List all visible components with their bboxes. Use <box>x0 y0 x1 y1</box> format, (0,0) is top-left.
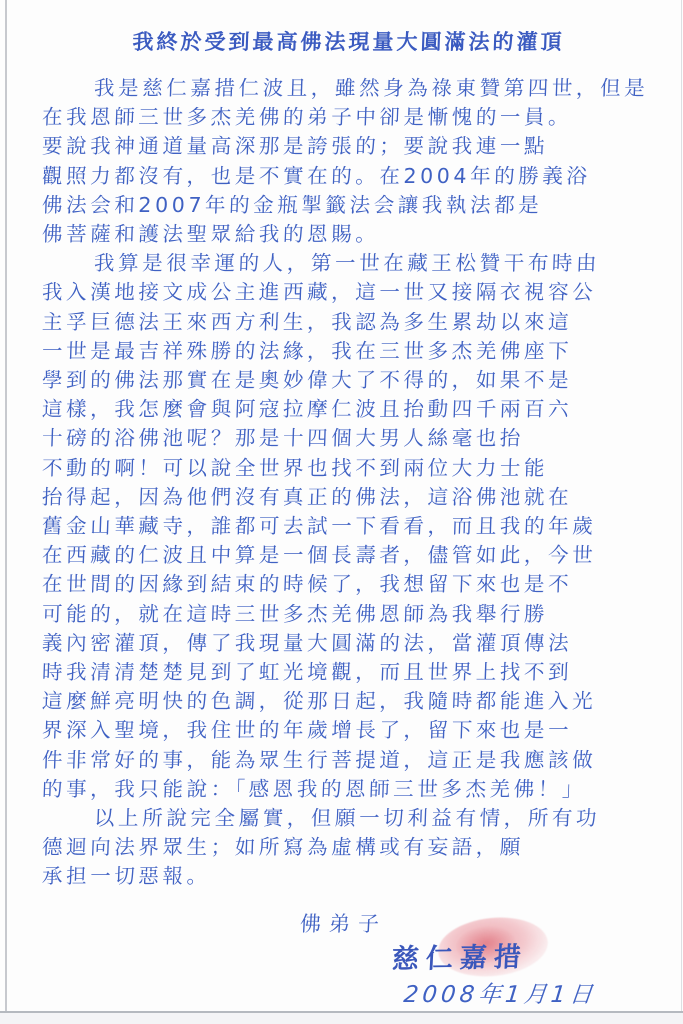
body-line-2: 在我恩師三世多杰羌佛的弟子中卻是慚愧的一員。 <box>41 103 655 132</box>
red-fingerprint-seal <box>435 912 550 981</box>
letter-content: 我終於受到最高佛法現量大圓滿法的灌頂 我是慈仁嘉措仁波且，雖然身為祿東贊第四世，… <box>0 0 683 892</box>
body-line-8: 我入漢地接文成公主進西藏，這一世又接隔衣視容公 <box>41 278 655 307</box>
body-line-18: 在世間的因緣到結束的時候了，我想留下來也是不 <box>41 570 655 599</box>
scanned-letter-page: 我終於受到最高佛法現量大圓滿法的灌頂 我是慈仁嘉措仁波且，雖然身為祿東贊第四世，… <box>0 0 683 1024</box>
body-line-7: 我算是很幸運的人，第一世在藏王松贊干布時由 <box>41 249 655 278</box>
body-line-9: 主孚巨德法王來西方利生，我認為多生累劫以來這 <box>41 308 655 337</box>
body-line-28: 承担一切惡報。 <box>41 862 655 891</box>
body-line-6: 佛菩薩和護法聖眾給我的恩賜。 <box>41 220 655 249</box>
body-line-26: 以上所說完全屬實，但願一切利益有情，所有功 <box>41 804 655 833</box>
body-line-1: 我是慈仁嘉措仁波且，雖然身為祿東贊第四世，但是 <box>41 74 655 103</box>
body-line-16: 舊金山華藏寺，誰都可去試一下看看，而且我的年歲 <box>41 512 655 541</box>
body-line-20: 義內密灌頂，傳了我現量大圓滿的法，當灌頂傳法 <box>41 629 655 658</box>
body-line-15: 抬得起，因為他們沒有真正的佛法，這浴佛池就在 <box>41 483 655 512</box>
disciple-label: 佛弟子 <box>299 908 388 938</box>
body-line-10: 一世是最吉祥殊勝的法緣，我在三世多杰羌佛座下 <box>41 337 655 366</box>
body-line-3: 要說我神通道量高深那是誇張的；要說我連一點 <box>41 132 655 161</box>
body-line-14: 不動的啊！可以說全世界也找不到兩位大力士能 <box>41 454 655 483</box>
body-line-27: 德迴向法界眾生；如所寫為虛構或有妄語，願 <box>41 833 655 862</box>
letter-title: 我終於受到最高佛法現量大圓滿法的灌頂 <box>41 26 655 56</box>
body-line-25: 的事，我只能說：「感恩我的恩師三世多杰羌佛！」 <box>41 775 655 804</box>
body-line-13: 十磅的浴佛池呢？那是十四個大男人絲毫也抬 <box>41 424 655 453</box>
scan-edge-bottom <box>0 1011 683 1024</box>
body-line-5: 佛法会和2007年的金瓶掣籤法会讓我執法都是 <box>41 191 655 220</box>
body-line-23: 界深入聖境，我住世的年歲增長了，留下來也是一 <box>41 716 655 745</box>
signature-name: 慈仁嘉措 <box>391 935 529 976</box>
body-line-19: 可能的，就在這時三世多杰羌佛恩師為我舉行勝 <box>41 600 655 629</box>
body-line-11: 學到的佛法那實在是奧妙偉大了不得的，如果不是 <box>41 366 655 395</box>
signature-date: 2008年1月1日 <box>402 976 598 1009</box>
body-line-4: 觀照力都沒有，也是不實在的。在2004年的勝義浴 <box>41 162 655 191</box>
body-line-22: 這麼鮮亮明快的色調，從那日起，我隨時都能進入光 <box>41 687 655 716</box>
body-line-17: 在西藏的仁波且中算是一個長壽者，儘管如此，今世 <box>41 541 655 570</box>
body-line-24: 件非常好的事，能為眾生行菩提道，這正是我應該做 <box>41 746 655 775</box>
body-line-12: 這樣，我怎麼會與阿寇拉摩仁波且抬動四千兩百六 <box>41 395 655 424</box>
body-line-21: 時我清清楚楚見到了虹光境觀，而且世界上找不到 <box>41 658 655 687</box>
